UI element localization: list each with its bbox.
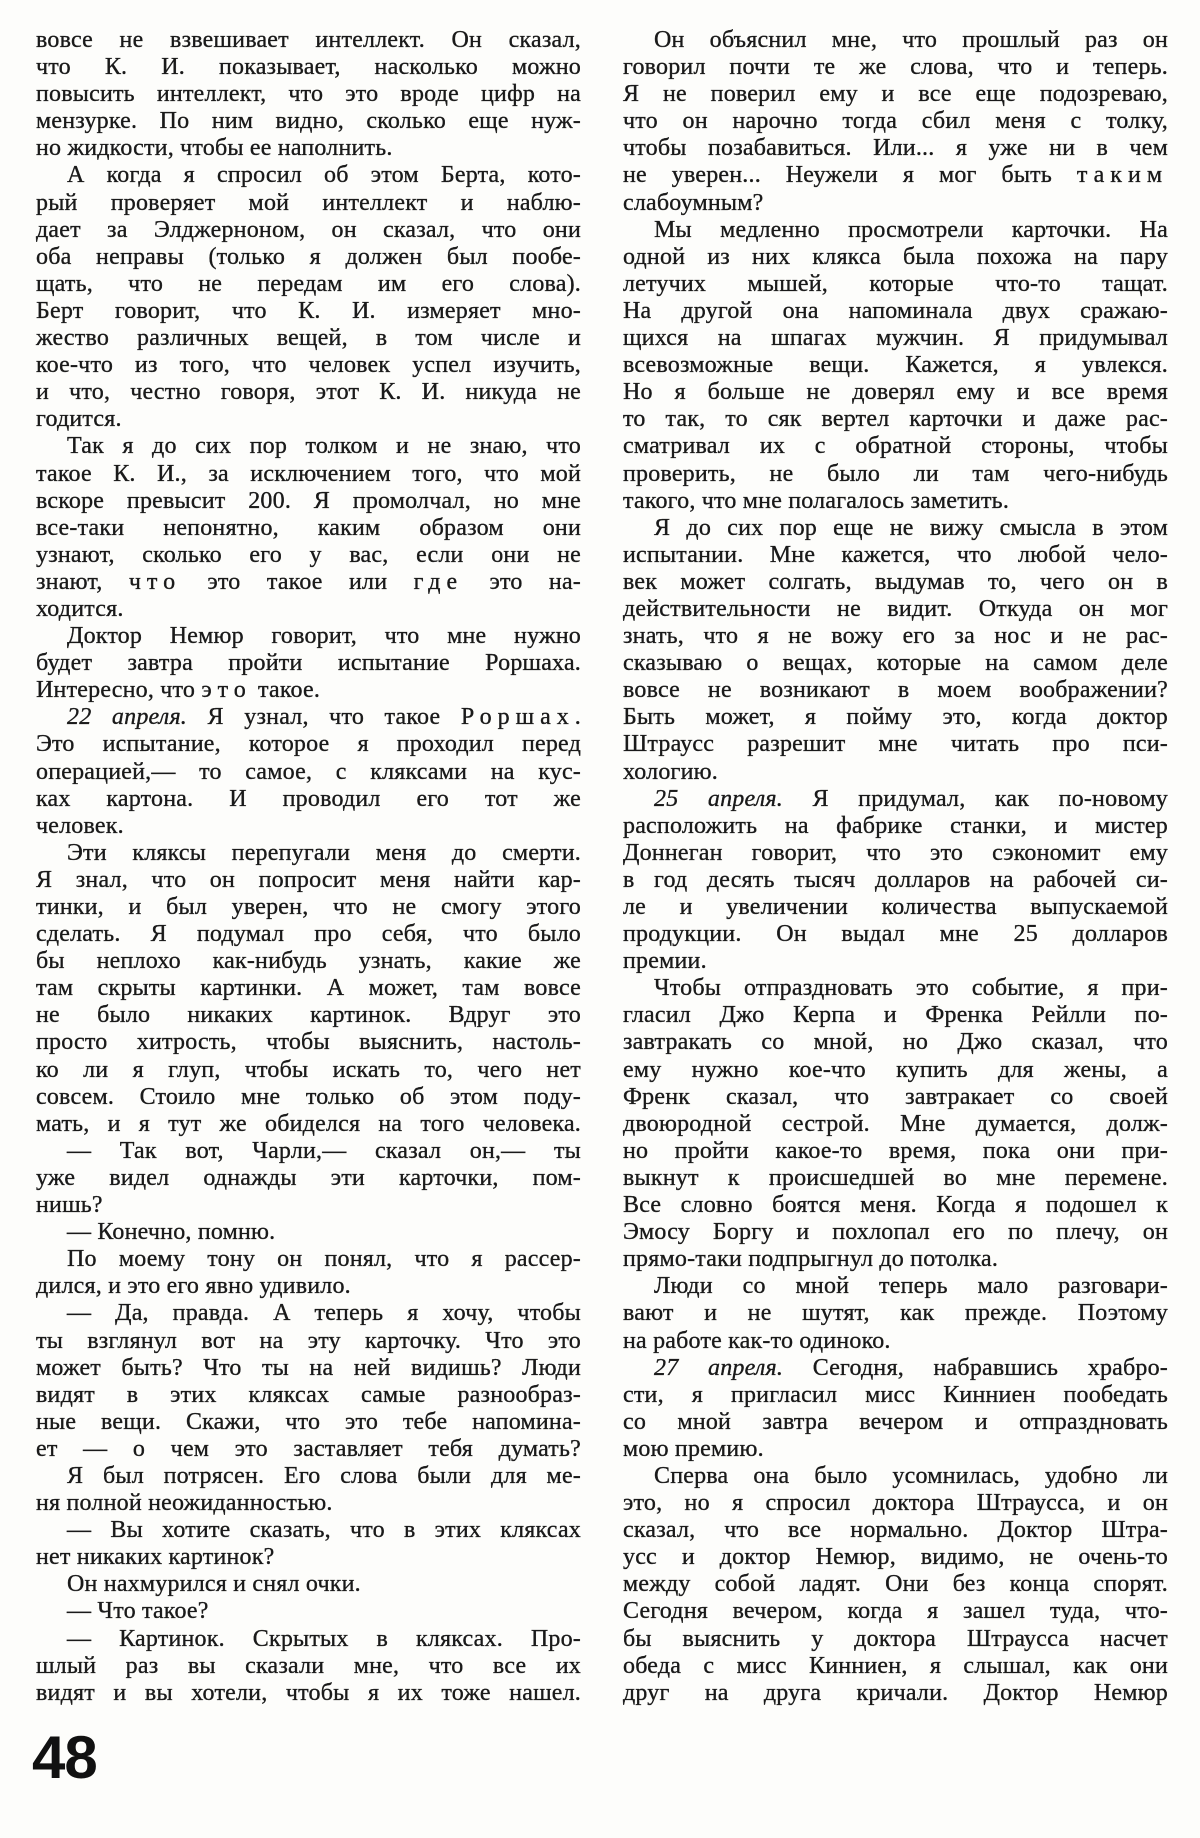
text-segment: Френк сказал, что завтракает со своей [623,1084,1168,1110]
text-line: гласил Джо Керпа и Френка Рейлли по- [623,1002,1168,1029]
text-line: такое К. И., за исключением того, что мо… [36,461,581,488]
text-segment: ня полной неожиданностью. [36,1490,333,1516]
text-line: ня полной неожиданностью. [36,1490,581,1517]
text-line: просто хитрость, чтобы выяснить, настоль… [36,1029,581,1056]
text-line: Все словно боятся меня. Когда я подошел … [623,1192,1168,1219]
text-segment: рый проверяет мой интеллект и наблю- [36,190,581,216]
text-line: видят в этих кляксах самые разнообраз- [36,1382,581,1409]
text-segment: годится. [36,406,122,432]
text-segment: между собой ладят. Они без конца спорят. [623,1571,1168,1597]
text-segment: жество различных вещей, в том числе и [36,325,581,351]
text-line: Он нахмурился и снял очки. [36,1571,581,1598]
text-segment: ет — о чем это заставляет тебя думать? [36,1436,581,1462]
text-segment: обеда с мисс Кинниен, я слышал, как они [623,1653,1168,1679]
text-segment: — Вы хотите сказать, что в этих кляксах [67,1517,581,1543]
text-line: мензурке. По ним видно, сколько еще нуж- [36,108,581,135]
text-line: ет — о чем это заставляет тебя думать? [36,1436,581,1463]
text-line: Он объяснил мне, что прошлый раз он [623,27,1168,54]
text-line: одной из них клякса была похожа на пару [623,244,1168,271]
text-segment: такое К. И., за исключением того, что мо… [36,461,581,487]
text-segment: но пройти какое-то время, пока они при- [623,1138,1168,1164]
text-line: Сперва она было усомнилась, удобно ли [623,1463,1168,1490]
text-segment: — Что такое? [67,1598,209,1624]
text-segment: дает за Элджерноном, он сказал, что они [36,217,581,243]
text-line: век может солгать, выдумав то, чего он в [623,569,1168,596]
text-line: жество различных вещей, в том числе и [36,325,581,352]
text-line: это, но я спросил доктора Штраусса, и он [623,1490,1168,1517]
text-segment: уже видел однажды эти карточки, пом- [36,1165,581,1191]
emphasized-word: где [414,569,464,595]
text-segment: усс и доктор Немюр, видимо, не очень-то [623,1544,1168,1570]
text-line: ему нужно кое-что купить для жены, а [623,1057,1168,1084]
text-line: операцией,— то самое, с кляксами на кус- [36,759,581,786]
text-segment: Все словно боятся меня. Когда я подошел … [623,1192,1168,1218]
text-segment: мать, и я тут же обиделся на того челове… [36,1111,581,1137]
text-segment: ты взглянул вот на эту карточку. Что это [36,1328,581,1354]
text-line: но пройти какое-то время, пока они при- [623,1138,1168,1165]
text-segment: там скрыты картинки. А может, там вовсе [36,975,581,1001]
text-line: на работе как-то одиноко. [623,1328,1168,1355]
text-segment: друг на друга кричали. Доктор Немюр [623,1680,1168,1706]
text-segment: со мной завтра вечером и отпраздновать [623,1409,1168,1435]
text-segment: нишь? [36,1192,103,1218]
text-line: и что, честно говоря, этот К. И. никуда … [36,379,581,406]
text-segment: расположить на фабрике станки, и мистер [623,813,1168,839]
text-line: сти, я пригласил мисс Кинниен пообедать [623,1382,1168,1409]
text-line: говорил почти те же слова, что и теперь. [623,54,1168,81]
text-line: дает за Элджерноном, он сказал, что они [36,217,581,244]
text-column-right: Он объяснил мне, что прошлый раз онговор… [623,27,1168,1707]
text-line: не было никаких картинок. Вдруг это [36,1002,581,1029]
text-segment: и что, честно говоря, этот К. И. никуда … [36,379,581,405]
text-line: ко ли я глуп, чтобы искать то, чего нет [36,1057,581,1084]
text-segment: на работе как-то одиноко. [623,1328,891,1354]
text-segment: ходится. [36,596,124,622]
text-line: — Картинок. Скрытых в кляксах. Про- [36,1626,581,1653]
text-segment: сти, я пригласил мисс Кинниен пообедать [623,1382,1168,1408]
text-line: — Вы хотите сказать, что в этих кляксах [36,1517,581,1544]
diary-date: 25 апреля. [654,786,783,812]
text-line: рый проверяет мой интеллект и наблю- [36,190,581,217]
text-line: вовсе не взвешивает интеллект. Он сказал… [36,27,581,54]
text-segment: все-таки непонятно, каким образом они [36,515,581,541]
text-segment: слабоумным? [623,190,763,216]
text-line: такого, что мне полагалось заметить. [623,488,1168,515]
text-line: знать, что я не вожу его за нос и не рас… [623,623,1168,650]
text-line: Быть может, я пойму это, когда доктор [623,704,1168,731]
text-segment: щать, что не передам им его слова). [36,271,581,297]
text-line: в год десять тысяч долларов на рабочей с… [623,867,1168,894]
text-segment: . [575,704,581,730]
text-line: Мы медленно просмотрели карточки. На [623,217,1168,244]
text-segment: всевозможные вещи. Кажется, я увлекся. [623,352,1168,378]
text-line: Я не поверил ему и все еще подозреваю, [623,81,1168,108]
text-line: то так, то сяк вертел карточки и даже ра… [623,406,1168,433]
text-segment: оба неправы (только я должен был пообе- [36,244,581,270]
text-segment: завтракать со мной, но Джо сказал, что [623,1029,1168,1055]
text-segment: Я придумал, как по-новому [783,786,1168,812]
text-segment: бы выяснить у доктора Штраусса насчет [623,1626,1168,1652]
text-line: Я был потрясен. Его слова были для ме- [36,1463,581,1490]
text-segment: Я до сих пор еще не вижу смысла в этом [654,515,1168,541]
text-line: обеда с мисс Кинниен, я слышал, как они [623,1653,1168,1680]
text-segment: в год десять тысяч долларов на рабочей с… [623,867,1168,893]
text-line: мать, и я тут же обиделся на того челове… [36,1111,581,1138]
text-line: нет никаких картинок? [36,1544,581,1571]
text-line: нишь? [36,1192,581,1219]
text-segment: Чтобы отпраздновать это событие, я при- [654,975,1168,1001]
text-segment: Сперва она было усомнилась, удобно ли [654,1463,1168,1489]
text-line: действительности не видит. Откуда он мог [623,596,1168,623]
text-line: сказал, что все нормально. Доктор Штра- [623,1517,1168,1544]
text-segment: продукции. Он выдал мне 25 долларов [623,921,1168,947]
text-line: шлый раз вы сказали мне, что все их [36,1653,581,1680]
text-line: может быть? Что ты на ней видишь? Люди [36,1355,581,1382]
text-line: ках картона. И проводил его тот же [36,786,581,813]
text-segment: выкнут к происшедшей во мне перемене. [623,1165,1168,1191]
text-line: дился, и это его явно удивило. [36,1273,581,1300]
text-segment: сказываю о вещах, которые на самом деле [623,650,1168,676]
text-segment: летучих мышей, которые что-то тащат. [623,271,1168,297]
text-segment: Доктор Немюр говорит, что мне нужно [67,623,581,649]
text-line: расположить на фабрике станки, и мистер [623,813,1168,840]
text-segment: Я был потрясен. Его слова были для ме- [67,1463,581,1489]
emphasized-word: таким [1077,162,1168,188]
text-segment: Эмосу Боргу и похлопал его по плечу, он [623,1219,1168,1245]
text-line: — Что такое? [36,1598,581,1625]
text-segment: — Да, правда. А теперь я хочу, чтобы [67,1300,581,1326]
text-line: Штраусс разрешит мне читать про пси- [623,731,1168,758]
text-line: уже видел однажды эти карточки, пом- [36,1165,581,1192]
text-segment: мензурке. По ним видно, сколько еще нуж- [36,108,581,134]
text-line: Я знал, что он попросит меня найти кар- [36,867,581,894]
text-segment: двоюродной сестрой. Мне думается, долж- [623,1111,1168,1137]
text-line: Эти кляксы перепугали меня до смерти. [36,840,581,867]
text-line: Я до сих пор еще не вижу смысла в этом [623,515,1168,542]
text-segment: нет никаких картинок? [36,1544,274,1570]
text-line: Так я до сих пор толком и не знаю, что [36,433,581,460]
text-segment: Мы медленно просмотрели карточки. На [654,217,1168,243]
text-segment: Штраусс разрешит мне читать про пси- [623,731,1168,757]
text-segment: сделать. Я подумал про себя, что было [36,921,581,947]
text-line: все-таки непонятно, каким образом они [36,515,581,542]
text-line: между собой ладят. Они без конца спорят. [623,1571,1168,1598]
text-segment: повысить интеллект, что это вроде цифр н… [36,81,581,107]
text-segment: совсем. Стоило мне только об этом поду- [36,1084,581,1110]
text-line: знают, что это такое или где это на- [36,569,581,596]
text-line: завтракать со мной, но Джо сказал, что [623,1029,1168,1056]
text-line: совсем. Стоило мне только об этом поду- [36,1084,581,1111]
text-segment: ные вещи. Скажи, что это тебе напомина- [36,1409,581,1435]
text-line: сделать. Я подумал про себя, что было [36,921,581,948]
text-line: На другой она напоминала двух сражаю- [623,298,1168,325]
text-segment: сказал, что все нормально. Доктор Штра- [623,1517,1168,1543]
text-segment: человек. [36,813,124,839]
text-line: летучих мышей, которые что-то тащат. [623,271,1168,298]
text-line: узнают, сколько его у вас, если они не [36,542,581,569]
text-segment: знать, что я не вожу его за нос и не рас… [623,623,1168,649]
text-line: годится. [36,406,581,433]
text-line: всевозможные вещи. Кажется, я увлекся. [623,352,1168,379]
diary-date: 27 апреля. [654,1355,783,1381]
text-line: тинки, и был уверен, что не смогу этого [36,894,581,921]
text-segment: Это испытание, которое я проходил перед [36,731,581,757]
text-segment: Эти кляксы перепугали меня до смерти. [67,840,581,866]
text-segment: Я узнал, что такое [187,704,461,730]
text-segment: шлый раз вы сказали мне, что все их [36,1653,581,1679]
text-segment: просто хитрость, чтобы выяснить, настоль… [36,1029,581,1055]
text-line: друг на друга кричали. Доктор Немюр [623,1680,1168,1707]
text-line: Люди со мной теперь мало разговари- [623,1273,1168,1300]
text-line: повысить интеллект, что это вроде цифр н… [36,81,581,108]
text-line: продукции. Он выдал мне 25 долларов [623,921,1168,948]
text-line: не уверен... Неужели я мог быть таким [623,162,1168,189]
text-segment: знают, [36,569,129,595]
text-segment: Сегодня, набравшись храбро- [783,1355,1168,1381]
diary-date: 22 апреля. [67,704,187,730]
text-line: премии. [623,948,1168,975]
text-line: 25 апреля. Я придумал, как по-новому [623,786,1168,813]
text-line: — Конечно, помню. [36,1219,581,1246]
text-segment: испытании. Мне кажется, что любой чело- [623,542,1168,568]
text-segment: Я знал, что он попросит меня найти кар- [36,867,581,893]
text-segment: Интересно, что [36,677,201,703]
text-segment: А когда я спросил об этом Берта, кото- [67,162,581,188]
text-segment: сматривал их с обратной стороны, чтобы [623,433,1168,459]
text-segment: одной из них клякса была похожа на пару [623,244,1168,270]
text-line: вовсе не возникают в моем воображении? [623,677,1168,704]
text-segment: чтобы позабавиться. Или... я уже ни в че… [623,135,1168,161]
text-line: бы выяснить у доктора Штраусса насчет [623,1626,1168,1653]
text-segment: узнают, сколько его у вас, если они не [36,542,581,568]
text-line: усс и доктор Немюр, видимо, не очень-то [623,1544,1168,1571]
text-line: Чтобы отпраздновать это событие, я при- [623,975,1168,1002]
text-segment: Берт говорит, что К. И. измеряет мно- [36,298,581,324]
text-segment: вскоре превысит 200. Я промолчал, но мне [36,488,581,514]
text-segment: ему нужно кое-что купить для жены, а [623,1057,1168,1083]
text-segment: ко ли я глуп, чтобы искать то, чего нет [36,1057,581,1083]
text-segment: мою премию. [623,1436,764,1462]
text-segment: не было никаких картинок. Вдруг это [36,1002,581,1028]
text-segment: вовсе не взвешивает интеллект. Он сказал… [36,27,581,53]
emphasized-word: Роршах [461,704,575,730]
text-line: бы неплохо как-нибудь узнать, какие же [36,948,581,975]
text-line: испытании. Мне кажется, что любой чело- [623,542,1168,569]
text-segment: щихся на шпагах мужчин. Я придумывал [623,325,1168,351]
text-segment: Доннеган говорит, что это сэкономит ему [623,840,1168,866]
text-segment: Он объяснил мне, что прошлый раз он [654,27,1168,53]
text-line: ные вещи. Скажи, что это тебе напомина- [36,1409,581,1436]
text-segment: операцией,— то самое, с кляксами на кус- [36,759,581,785]
text-line: А когда я спросил об этом Берта, кото- [36,162,581,189]
text-line: Это испытание, которое я проходил перед [36,731,581,758]
text-segment: проверить, не было ли там чего-нибудь [623,461,1168,487]
text-line: вскоре превысит 200. Я промолчал, но мне [36,488,581,515]
text-segment: это такое или [181,569,414,595]
text-line: ходится. [36,596,581,623]
text-line: сматривал их с обратной стороны, чтобы [623,433,1168,460]
text-line: вают и не шутят, как прежде. Поэтому [623,1300,1168,1327]
text-line: человек. [36,813,581,840]
text-segment: По моему тону он понял, что я рассер- [67,1246,581,1272]
text-line: Но я больше не доверял ему и все время [623,379,1168,406]
text-line: слабоумным? [623,190,1168,217]
text-segment: — Так вот, Чарли,— сказал он,— ты [67,1138,581,1164]
text-segment: прямо-таки подпрыгнул до потолка. [623,1246,998,1272]
text-line: мою премию. [623,1436,1168,1463]
text-line: видят и вы хотели, чтобы я их тоже нашел… [36,1680,581,1707]
text-line: 22 апреля. Я узнал, что такое Роршах. [36,704,581,731]
text-line: Берт говорит, что К. И. измеряет мно- [36,298,581,325]
text-line: двоюродной сестрой. Мне думается, долж- [623,1111,1168,1138]
text-segment: Он нахмурился и снял очки. [67,1571,361,1597]
text-line: ле и увеличении количества выпускаемой [623,894,1168,921]
text-segment: это, но я спросил доктора Штраусса, и он [623,1490,1168,1516]
text-line: со мной завтра вечером и отпраздновать [623,1409,1168,1436]
text-segment: — Картинок. Скрытых в кляксах. Про- [67,1626,581,1652]
text-line: ты взглянул вот на эту карточку. Что это [36,1328,581,1355]
text-line: что он нарочно тогда сбил меня с толку, [623,108,1168,135]
text-segment: что он нарочно тогда сбил меня с толку, [623,108,1168,134]
text-segment: кое-что из того, что человек успел изучи… [36,352,581,378]
text-line: Френк сказал, что завтракает со своей [623,1084,1168,1111]
text-segment: ках картона. И проводил его тот же [36,786,581,812]
text-segment: хологию. [623,759,718,785]
text-segment: что К. И. показывает, насколько можно [36,54,581,80]
text-segment: век может солгать, выдумав то, чего он в [623,569,1168,595]
text-line: но жидкости, чтобы ее наполнить. [36,135,581,162]
text-segment: действительности не видит. Откуда он мог [623,596,1168,622]
text-line: По моему тону он понял, что я рассер- [36,1246,581,1273]
text-segment: такого, что мне полагалось заметить. [623,488,1009,514]
text-segment: видят в этих кляксах самые разнообраз- [36,1382,581,1408]
text-segment: вают и не шутят, как прежде. Поэтому [623,1300,1168,1326]
text-line: чтобы позабавиться. Или... я уже ни в че… [623,135,1168,162]
text-line: щихся на шпагах мужчин. Я придумывал [623,325,1168,352]
text-segment: вовсе не возникают в моем воображении? [623,677,1168,703]
page-number: 48 [32,1728,97,1788]
text-column-left: вовсе не взвешивает интеллект. Он сказал… [36,27,581,1707]
text-segment: видят и вы хотели, чтобы я их тоже нашел… [36,1680,581,1706]
text-line: оба неправы (только я должен был пообе- [36,244,581,271]
text-segment: такое. [252,677,320,703]
text-line: будет завтра пройти испытание Роршаха. [36,650,581,677]
text-line: проверить, не было ли там чего-нибудь [623,461,1168,488]
text-line: хологию. [623,759,1168,786]
text-line: Доннеган говорит, что это сэкономит ему [623,840,1168,867]
text-line: Эмосу Боргу и похлопал его по плечу, он [623,1219,1168,1246]
text-segment: На другой она напоминала двух сражаю- [623,298,1168,324]
text-line: Интересно, что это такое. [36,677,581,704]
text-segment: может быть? Что ты на ней видишь? Люди [36,1355,581,1381]
text-line: что К. И. показывает, насколько можно [36,54,581,81]
text-segment: это на- [463,569,581,595]
text-segment: гласил Джо Керпа и Френка Рейлли по- [623,1002,1168,1028]
text-segment: не уверен... Неужели я мог быть [623,162,1077,188]
text-line: кое-что из того, что человек успел изучи… [36,352,581,379]
emphasized-word: что [129,569,181,595]
text-segment: Я не поверил ему и все еще подозреваю, [623,81,1168,107]
text-segment: дился, и это его явно удивило. [36,1273,351,1299]
text-segment: тинки, и был уверен, что не смогу этого [36,894,581,920]
text-segment: говорил почти те же слова, что и теперь. [623,54,1168,80]
text-line: — Так вот, Чарли,— сказал он,— ты [36,1138,581,1165]
text-segment: — Конечно, помню. [67,1219,275,1245]
text-segment: то так, то сяк вертел карточки и даже ра… [623,406,1168,432]
text-segment: премии. [623,948,707,974]
text-segment: Так я до сих пор толком и не знаю, что [67,433,581,459]
text-line: сказываю о вещах, которые на самом деле [623,650,1168,677]
text-line: 27 апреля. Сегодня, набравшись храбро- [623,1355,1168,1382]
text-line: щать, что не передам им его слова). [36,271,581,298]
text-segment: будет завтра пройти испытание Роршаха. [36,650,581,676]
text-line: выкнут к происшедшей во мне перемене. [623,1165,1168,1192]
text-line: — Да, правда. А теперь я хочу, чтобы [36,1300,581,1327]
emphasized-word: это [201,677,251,703]
text-line: Сегодня вечером, когда я зашел туда, что… [623,1598,1168,1625]
text-segment: Но я больше не доверял ему и все время [623,379,1168,405]
text-line: Доктор Немюр говорит, что мне нужно [36,623,581,650]
text-segment: но жидкости, чтобы ее наполнить. [36,135,393,161]
text-segment: ле и увеличении количества выпускаемой [623,894,1168,920]
text-line: там скрыты картинки. А может, там вовсе [36,975,581,1002]
text-line: прямо-таки подпрыгнул до потолка. [623,1246,1168,1273]
text-segment: бы неплохо как-нибудь узнать, какие же [36,948,581,974]
text-segment: Сегодня вечером, когда я зашел туда, что… [623,1598,1168,1624]
text-segment: Быть может, я пойму это, когда доктор [623,704,1168,730]
text-segment: Люди со мной теперь мало разговари- [654,1273,1168,1299]
